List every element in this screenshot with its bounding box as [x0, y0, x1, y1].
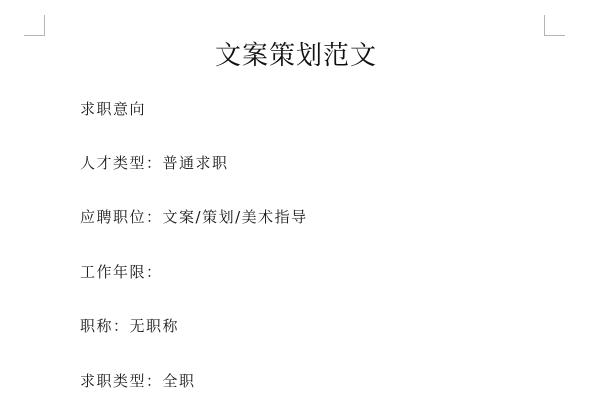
top-left-margin-marker	[24, 15, 45, 36]
paragraph-job-intention[interactable]: 求职意向	[80, 99, 146, 119]
field-value: 无职称	[130, 317, 180, 335]
field-label: 人才类型：	[80, 154, 163, 172]
document-title[interactable]: 文案策划范文	[0, 38, 592, 74]
paragraph-talent-type[interactable]: 人才类型：普通求职	[80, 153, 229, 173]
field-value: 文案/策划/美术指导	[163, 208, 308, 226]
field-value: 普通求职	[163, 154, 229, 172]
field-value: 全职	[163, 372, 196, 390]
paragraph-applied-position[interactable]: 应聘职位：文案/策划/美术指导	[80, 207, 308, 227]
document-page[interactable]: 文案策划范文 求职意向 人才类型：普通求职 应聘职位：文案/策划/美术指导 工作…	[0, 0, 600, 400]
top-right-margin-marker	[544, 15, 565, 36]
field-label: 求职意向	[80, 100, 146, 118]
field-label: 职称：	[80, 317, 130, 335]
paragraph-work-years[interactable]: 工作年限：	[80, 262, 163, 282]
field-label: 工作年限：	[80, 263, 163, 281]
field-label: 求职类型：	[80, 372, 163, 390]
paragraph-job-type[interactable]: 求职类型：全职	[80, 371, 196, 391]
paragraph-professional-title[interactable]: 职称：无职称	[80, 316, 179, 336]
field-label: 应聘职位：	[80, 208, 163, 226]
